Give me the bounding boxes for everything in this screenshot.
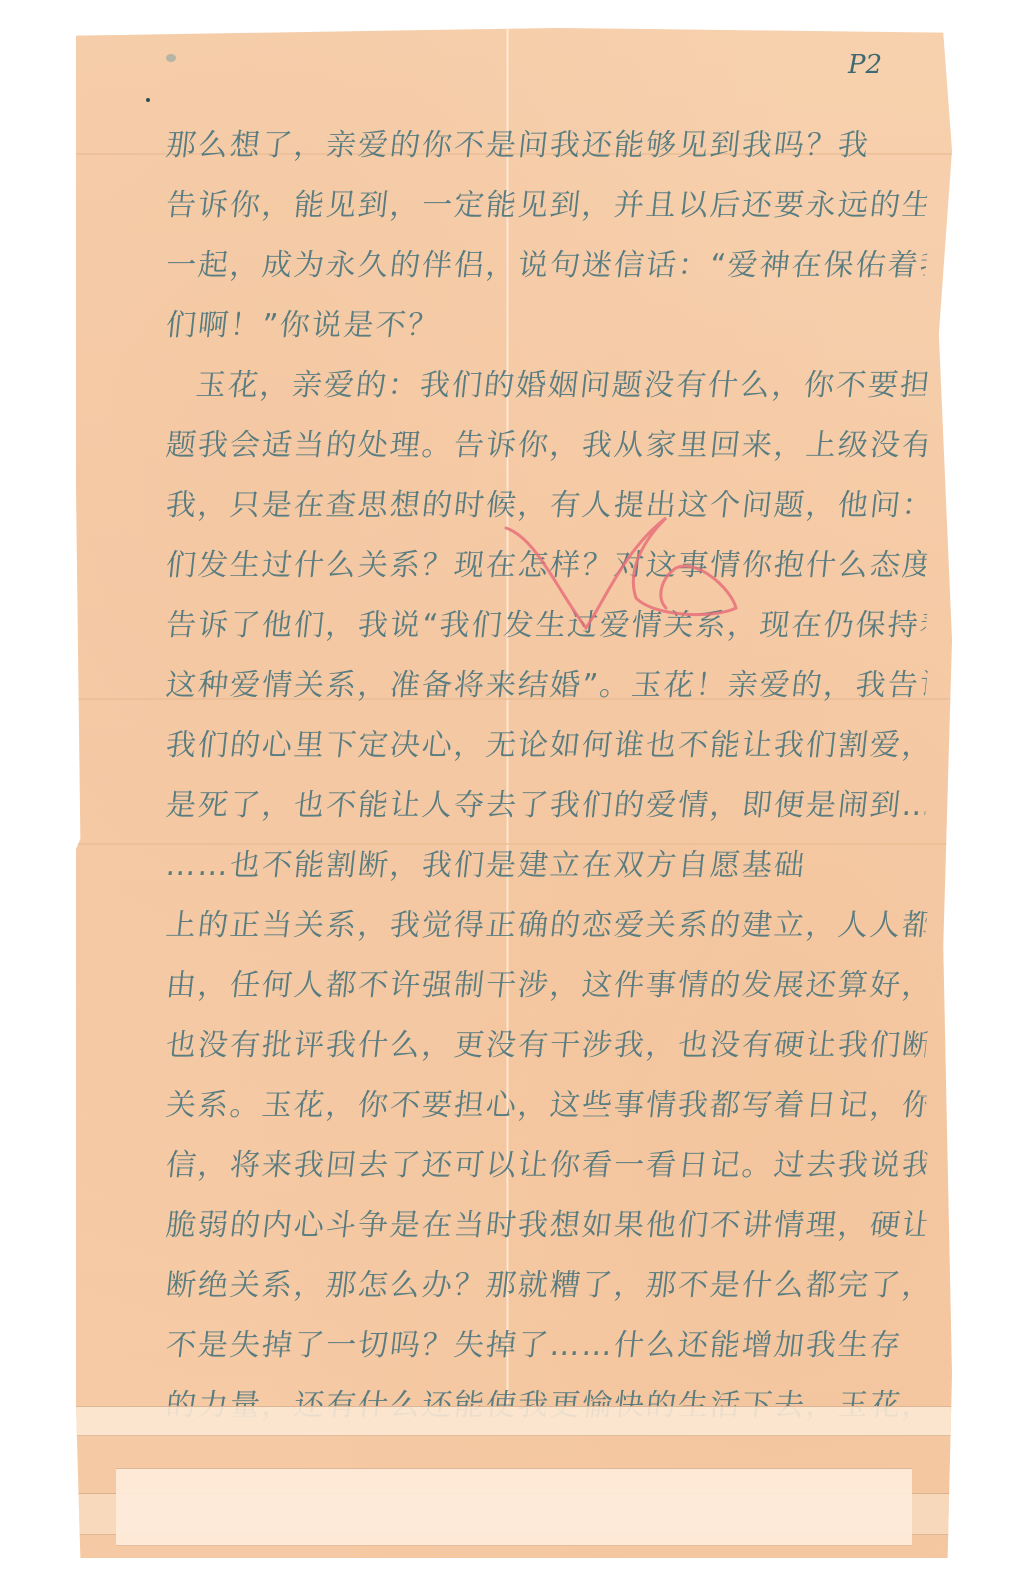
- letter-body: 那么想了，亲爱的你不是问我还能够见到我吗？我 告诉你，能见到，一定能见到，并且以…: [166, 116, 926, 1436]
- text-line: 断绝关系，那怎么办？那就糟了，那不是什么都完了，对我来说: [163, 1256, 929, 1316]
- adhesive-tape-strip: [76, 1406, 952, 1436]
- ink-speck: [146, 98, 150, 102]
- text-line: 由，任何人都不许强制干涉，这件事情的发展还算好，别人: [163, 956, 929, 1016]
- text-line: 是死了，也不能让人夺去了我们的爱情，即便是闹到……: [163, 776, 929, 836]
- text-line: 玉花，亲爱的：我们的婚姻问题没有什么，你不要担心，这些问: [163, 356, 929, 416]
- text-line: 我，只是在查思想的时候，有人提出这个问题，他问：“你: [163, 476, 929, 536]
- text-line: 关系。玉花，你不要担心，这些事情我都写着日记，你如果不: [163, 1076, 929, 1136]
- text-line: 也没有批评我什么，更没有干涉我，也没有硬让我们断绝: [163, 1016, 929, 1076]
- letter-page: P2 那么想了，亲爱的你不是问我还能够见到我吗？我 告诉你，能见到，一定能见到，…: [76, 28, 952, 1558]
- text-line: 上的正当关系，我觉得正确的恋爱关系的建立，人人都有自: [163, 896, 929, 956]
- text-line: 这种爱情关系，准备将来结婚”。玉花！亲爱的，我告诉你，在: [163, 656, 929, 716]
- text-line: 不是失掉了一切吗？失掉了……什么还能增加我生存: [163, 1316, 929, 1376]
- page-number: P2: [848, 50, 882, 80]
- adhesive-tape-strip: [116, 1468, 912, 1546]
- text-line: 信，将来我回去了还可以让你看一看日记。过去我说我作了很: [163, 1136, 929, 1196]
- text-line: 告诉了他们，我说“我们发生过爱情关系，现在仍保持着: [163, 596, 929, 656]
- text-line: 我们的心里下定决心，无论如何谁也不能让我们割爱，哪怕: [163, 716, 929, 776]
- text-line: 们发生过什么关系？现在怎样？对这事情你抱什么态度？”我: [163, 536, 929, 596]
- text-line: 脆弱的内心斗争是在当时我想如果他们不讲情理，硬让我们: [163, 1196, 929, 1256]
- text-line: 题我会适当的处理。告诉你，我从家里回来，上级没有批评: [163, 416, 929, 476]
- text-line: ……也不能割断，我们是建立在双方自愿基础: [163, 836, 929, 896]
- text-line: 们啊！”你说是不？: [163, 296, 929, 356]
- text-line: 告诉你，能见到，一定能见到，并且以后还要永远的生活在: [163, 176, 929, 236]
- ink-smudge: [166, 54, 176, 62]
- text-line: 一起，成为永久的伴侣，说句迷信话：“爱神在保佑着我: [163, 236, 929, 296]
- text-line: 那么想了，亲爱的你不是问我还能够见到我吗？我: [163, 116, 929, 176]
